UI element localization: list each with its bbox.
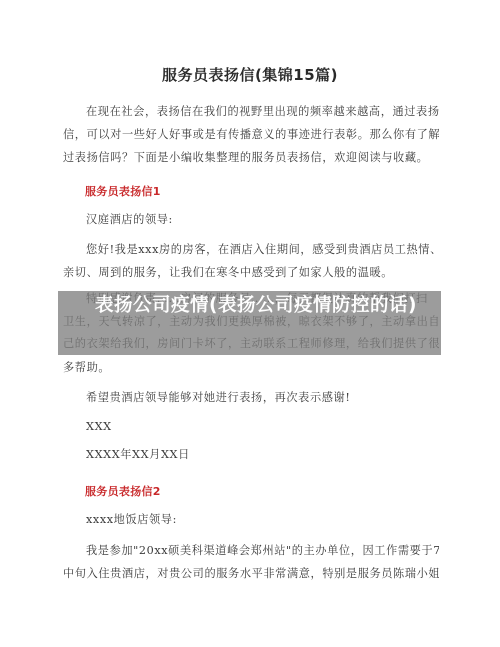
letter-2-para1-line-2: 中旬入住贵酒店，对贵公司的服务水平非常满意，特别是服务员陈瑞小姐 [63, 567, 439, 581]
letter-1-heading: 服务员表扬信1 [85, 183, 161, 199]
letter-1-para2-line-4: 多帮助。 [63, 361, 439, 375]
letter-2-heading: 服务员表扬信2 [85, 483, 161, 499]
letter-1-salutation: 汉庭酒店的领导: [86, 213, 439, 227]
intro-line-2: 信，可以对一些好人好事或是有传播意义的事迹进行表彰。那么你有了解 [63, 128, 439, 142]
letter-1-para3: 希望贵酒店领导能够对她进行表扬，再次表示感谢! [86, 391, 439, 405]
letter-2-salutation: xxxx地饭店领导: [86, 513, 439, 527]
intro-line-1: 在现在社会，表扬信在我们的视野里出现的频率越来越高，通过表扬 [86, 105, 439, 119]
letter-1-date: XXXX年XX月XX日 [86, 448, 439, 462]
document-title: 服务员表扬信(集锦15篇) [0, 64, 500, 85]
letter-1-para1-line-1: 您好!我是xxx房的房客，在酒店入住期间，感受到贵酒店员工热情、 [86, 243, 439, 257]
letter-1-para1-line-2: 亲切、周到的服务，让我们在寒冬中感受到了如家人般的温暖。 [63, 266, 439, 280]
intro-line-3: 过表扬信吗？下面是小编收集整理的服务员表扬信，欢迎阅读与收藏。 [63, 151, 439, 165]
letter-1-signature: XXX [86, 420, 439, 434]
caption-overlay-text: 表扬公司疫情(表扬公司疫情防控的话) [66, 294, 446, 318]
letter-2-para1-line-1: 我是参加"20xx硕美科渠道峰会郑州站"的主办单位，因工作需要于7月 [86, 544, 439, 558]
